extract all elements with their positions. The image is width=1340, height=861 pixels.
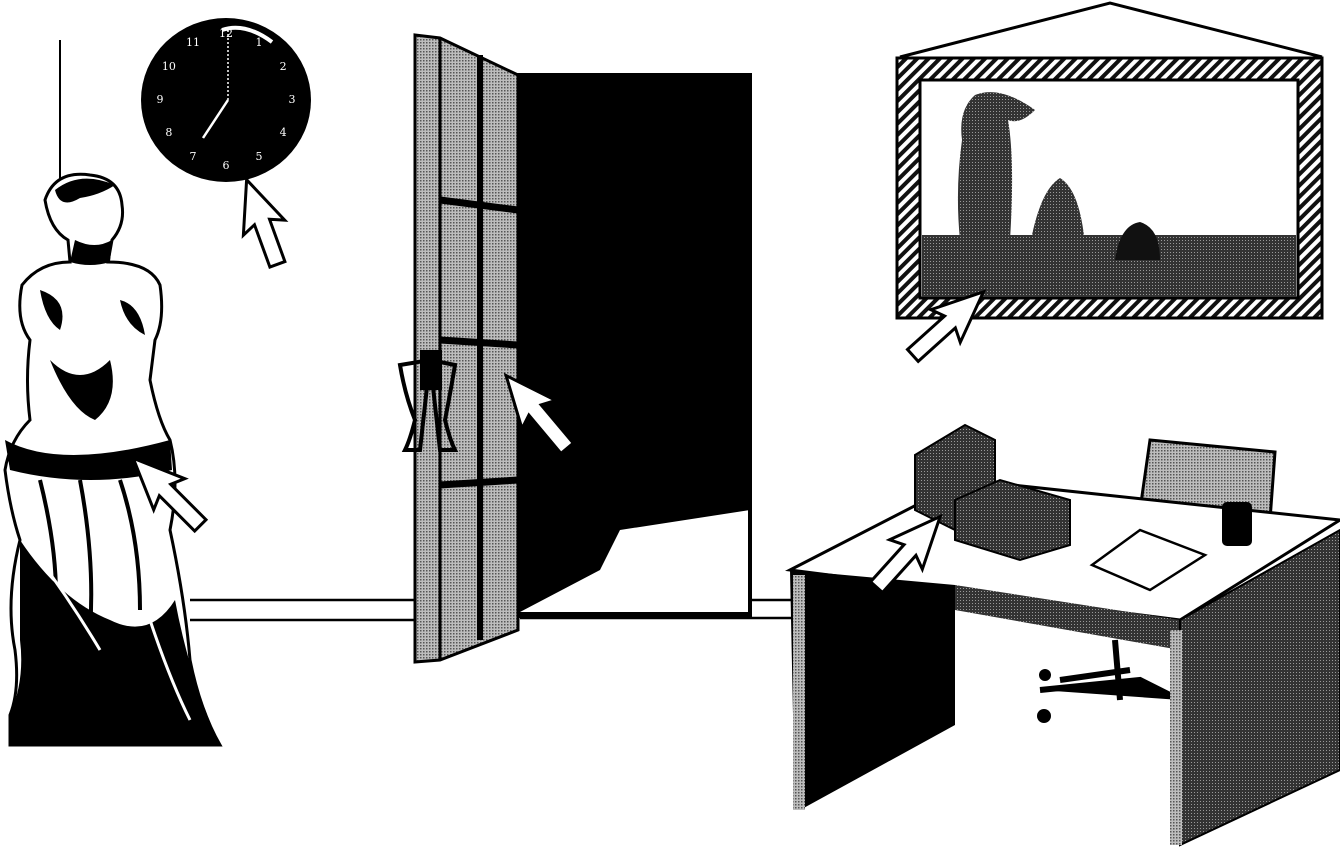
clock-numeral: 3 xyxy=(289,93,296,106)
open-door[interactable] xyxy=(400,35,752,662)
clock-numeral: 10 xyxy=(162,60,176,73)
clock-numeral: 6 xyxy=(223,159,230,172)
clock-numeral: 9 xyxy=(157,93,164,106)
clock-numeral: 11 xyxy=(186,36,200,49)
framed-painting[interactable] xyxy=(897,3,1322,318)
hanging-wire xyxy=(900,3,1322,57)
clock-numeral: 7 xyxy=(190,150,197,163)
clock-numeral: 4 xyxy=(280,126,287,139)
room-scene: 121234567891011 xyxy=(0,0,1340,861)
clock-numeral: 1 xyxy=(256,36,263,49)
clock-numeral: 5 xyxy=(256,150,263,163)
wall-clock[interactable]: 121234567891011 xyxy=(141,18,311,182)
clock-numeral: 2 xyxy=(280,60,287,73)
statue[interactable] xyxy=(5,174,220,745)
desk[interactable] xyxy=(790,425,1340,845)
arrow-clock xyxy=(226,172,298,272)
pencil-cup[interactable] xyxy=(1222,502,1252,546)
clock-numeral: 8 xyxy=(165,126,172,139)
